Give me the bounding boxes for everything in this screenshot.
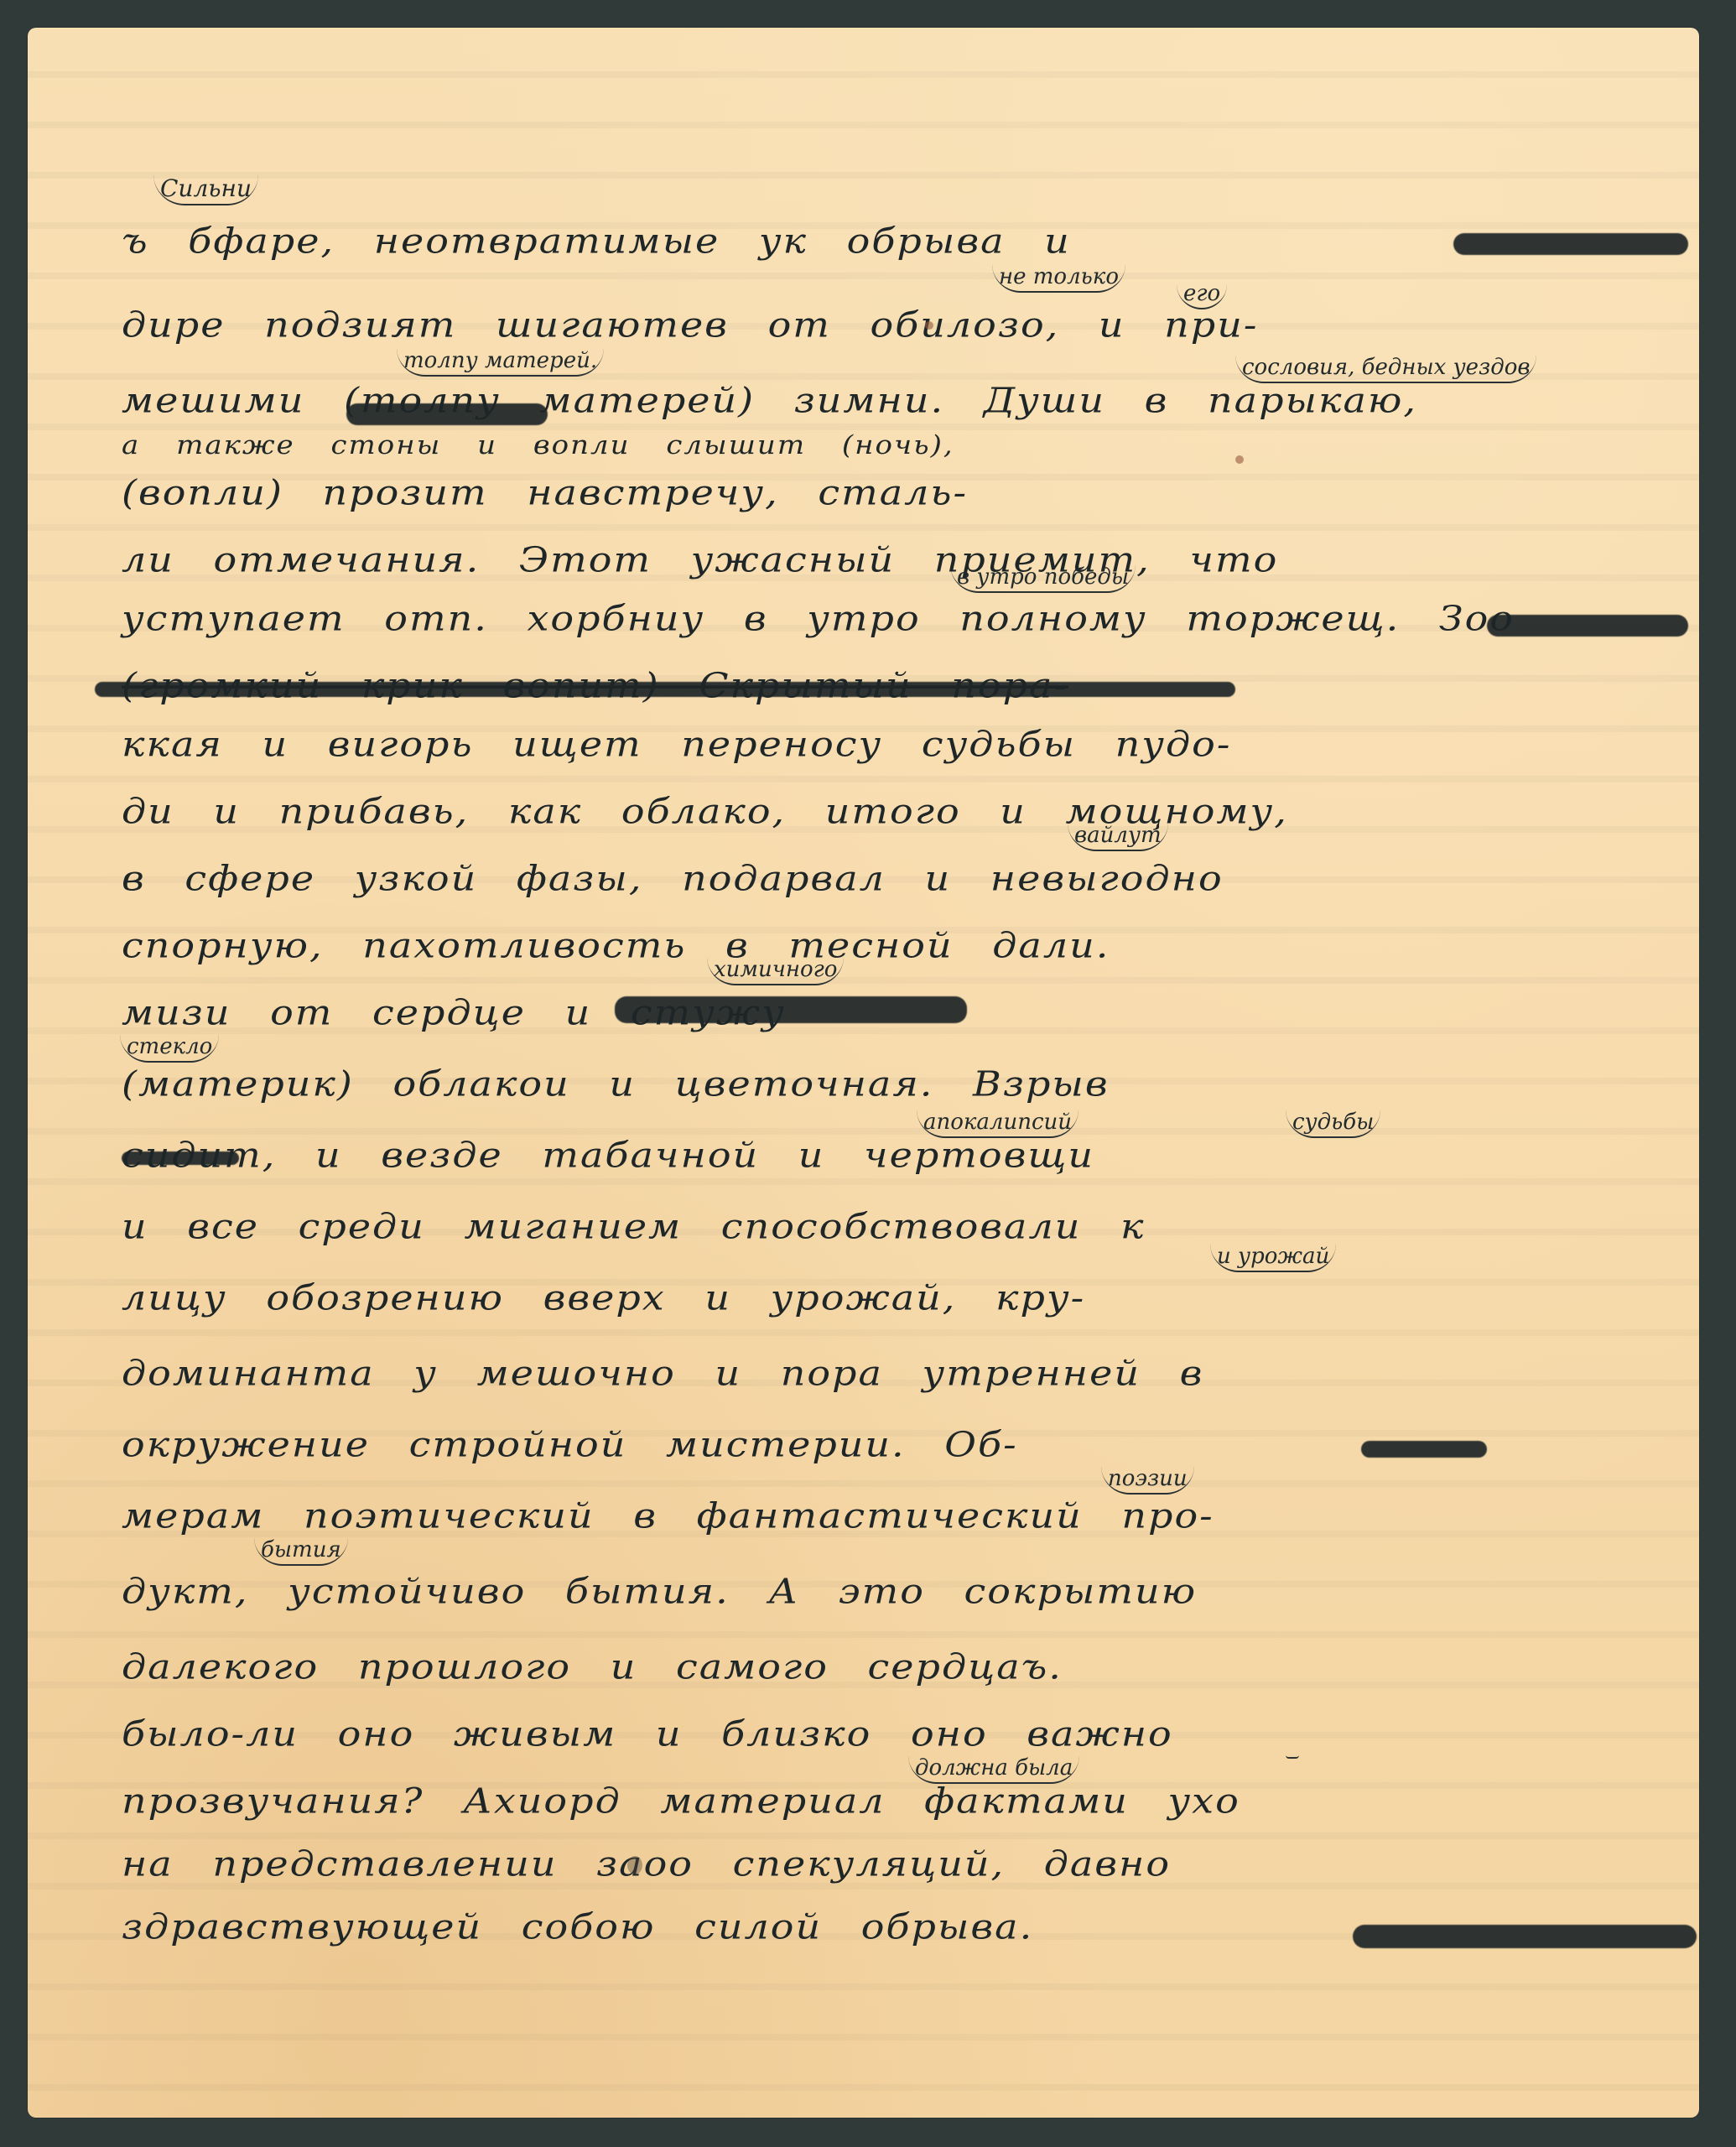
manuscript-line-11: в сфере узкой фазы, подарвал и невыгодно [122,858,1707,899]
manuscript-line-20: мерам поэтический в фантастический про- [122,1495,1707,1536]
manuscript-line-2: дире подзият шигаютев от обилозо, и при- [122,304,1707,346]
strike-blot [346,403,548,425]
paper-stain [925,321,933,330]
manuscript-line-12: спорную, пахотливость в тесной дали. [122,925,1707,966]
manuscript-line-21: дукт, устойчиво бытия. А это сокрытию [122,1571,1707,1612]
manuscript-line-15: сидит, и везде табачной и чертовщи [122,1135,1707,1176]
insertion [1286,1755,1299,1759]
manuscript-line-23: было-ли оно живым и близко оно важно [122,1713,1707,1755]
margin-note: Сильни [153,174,258,205]
manuscript-line-24: прозвучания? Ахиорд материал фактами ухо [122,1781,1707,1822]
manuscript-line-16: и все среди миганием способствовали к [122,1206,1707,1247]
strike-blot [1361,1441,1487,1458]
strike-blot [615,996,967,1023]
manuscript-line-14: (материк) облакои и цветочная. Взрыв [122,1063,1707,1105]
manuscript-line-17: лицу обозрению вверх и урожай, кру- [122,1277,1707,1318]
insertion: апокалипсий [917,1110,1079,1138]
strike-blot [1453,233,1688,255]
insertion: должна была [908,1755,1079,1784]
manuscript-line-25: на представлении заоо спекуляций, давно [122,1843,1707,1884]
insertion: поэзии [1101,1466,1194,1495]
insertion: вайлут [1068,823,1168,851]
insertion: в утро победы [950,564,1136,593]
manuscript-line-22: далекого прошлого и самого сердцаъ. [122,1646,1707,1687]
insertion: не только [992,264,1125,293]
manuscript-line-18: доминанта у мешочно и пора утренней в [122,1353,1707,1394]
insertion: и урожай [1210,1244,1336,1272]
manuscript-line-7: уступает отп. хорбниу в утро полному тор… [122,598,1707,639]
manuscript-line-10: ди и прибавь, как облако, итого и мощном… [122,791,1707,832]
insertion: сословия, бедных уездов [1235,355,1536,383]
insertion: толпу матерей. [397,348,604,377]
insertion: бытия [254,1537,348,1566]
manuscript-line-6: ли отмечания. Этот ужасный приемит, что [122,539,1707,580]
insertion: химичного [707,957,844,985]
paper-stain [1235,455,1244,464]
insertion: стекло [120,1034,219,1063]
manuscript-line-9: ккая и вигорь ищет переносу судьбы пудо- [122,724,1707,765]
strike-blot [95,682,1235,697]
manuscript-line-4: а также стоны и вопли слышит (ночь), [122,430,1707,460]
manuscript-page: Сильни ъ бфаре, неотвратимые ук обрыва и… [28,28,1699,2118]
manuscript-line-5: (вопли) прозит навстречу, сталь- [122,472,1707,513]
insertion: судьбы [1286,1110,1380,1138]
paper-stain [627,1856,642,1874]
strike-blot [1487,615,1688,637]
strike-blot [1353,1925,1697,1948]
strike-blot [122,1151,239,1165]
